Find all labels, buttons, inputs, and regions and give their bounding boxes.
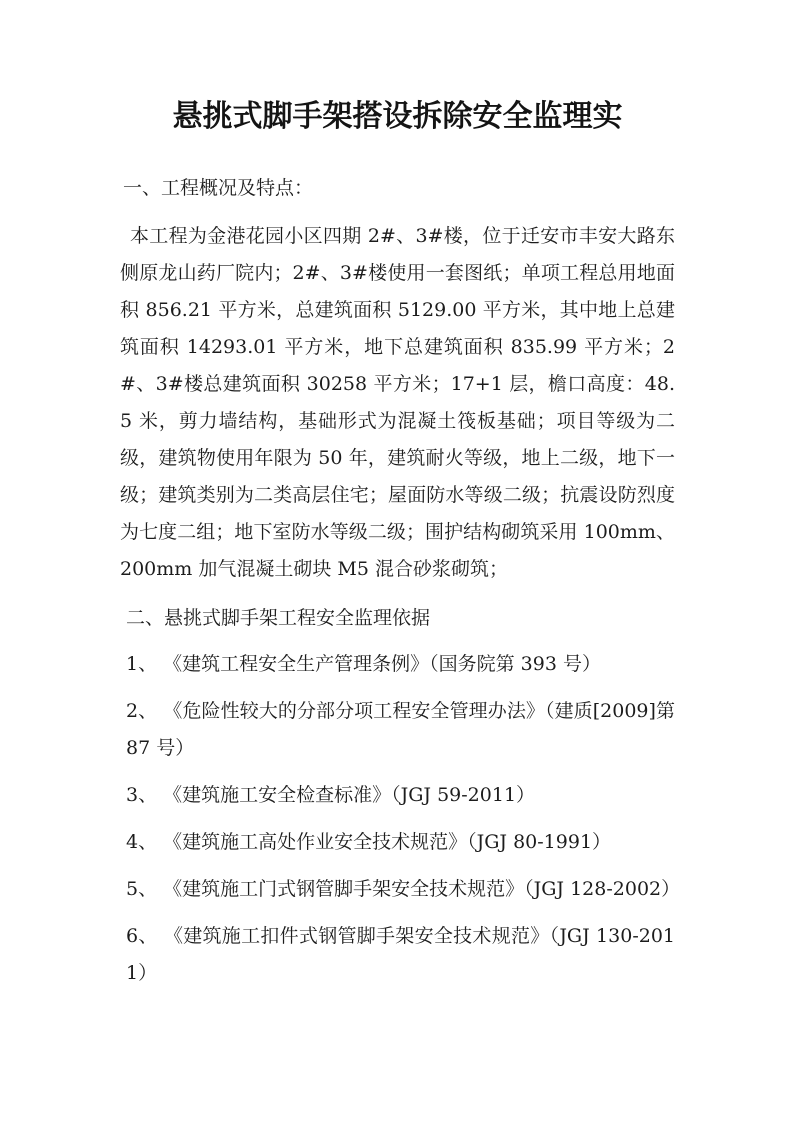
document-title: 悬挑式脚手架搭设拆除安全监理实 [120, 97, 675, 137]
reference-item: 1、 《建筑工程安全生产管理条例》（国务院第 393 号） [120, 646, 675, 683]
reference-item: 6、 《建筑施工扣件式钢管脚手架安全技术规范》（JGJ 130-2011） [120, 918, 675, 992]
section-heading-supervision-basis: 二、悬挑式脚手架工程安全监理依据 [120, 600, 675, 637]
reference-item: 4、 《建筑施工高处作业安全技术规范》（JGJ 80-1991） [120, 824, 675, 861]
project-overview-paragraph: 本工程为金港花园小区四期 2#、3#楼，位于迁安市丰安大路东侧原龙山药厂院内；2… [120, 218, 675, 588]
document-page: 悬挑式脚手架搭设拆除安全监理实 一、工程概况及特点： 本工程为金港花园小区四期 … [0, 0, 793, 1122]
reference-item: 3、 《建筑施工安全检查标准》（JGJ 59-2011） [120, 777, 675, 814]
reference-item: 5、 《建筑施工门式钢管脚手架安全技术规范》（JGJ 128-2002） [120, 871, 675, 908]
reference-list: 1、 《建筑工程安全生产管理条例》（国务院第 393 号）2、 《危险性较大的分… [120, 646, 675, 992]
reference-item: 2、 《危险性较大的分部分项工程安全管理办法》（建质[2009]第 87 号） [120, 693, 675, 767]
section-heading-project-overview: 一、工程概况及特点： [120, 170, 675, 207]
